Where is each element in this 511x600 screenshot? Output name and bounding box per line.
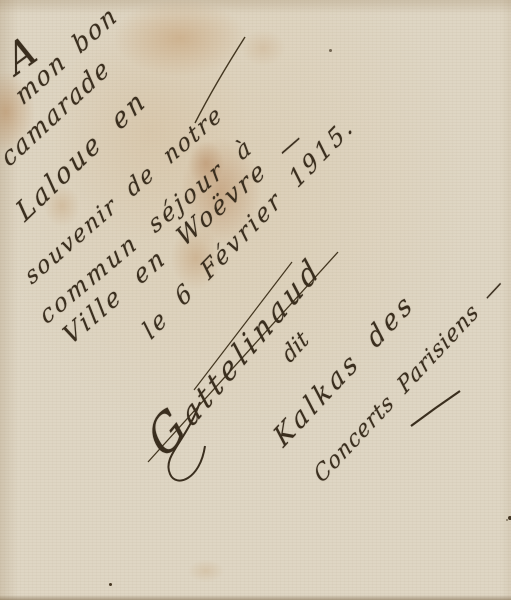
paper-speck: [329, 49, 332, 52]
paper-speck: [506, 519, 508, 521]
note-line-dit: dit: [279, 328, 313, 368]
paper-speck: [109, 583, 112, 586]
photo-back-paper: A mon bon camarade Laloue en souvenir de…: [0, 0, 511, 600]
closing-dash-stroke: [411, 391, 460, 426]
